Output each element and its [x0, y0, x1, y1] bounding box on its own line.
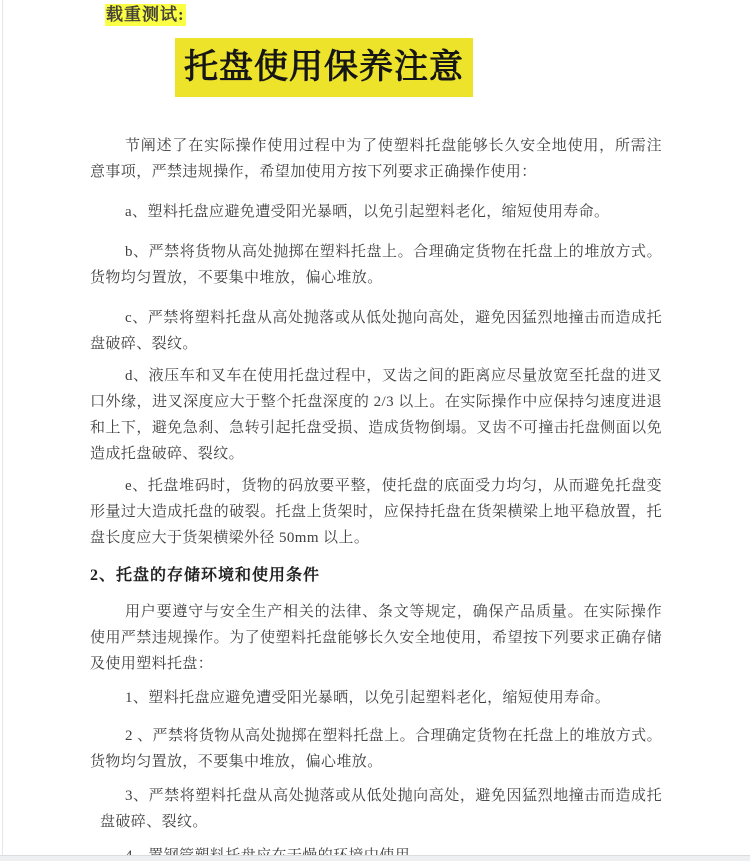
section2-item-3: 3、严禁将塑料托盘从高处抛落或从低处抛向高处，避免因猛烈地撞击而造成托盘破碎、裂… [90, 783, 662, 835]
section1-item-b: b、严禁将货物从高处抛掷在塑料托盘上。合理确定货物在托盘上的堆放方式。货物均匀置… [90, 239, 662, 291]
document-content: 载重测试: 托盘使用保养注意 节阐述了在实际操作使用过程中为了使塑料托盘能够长久… [90, 0, 662, 861]
title-row: 托盘使用保养注意 [90, 26, 662, 97]
page-left-border [2, 0, 3, 861]
horizontal-scrollbar-track[interactable] [0, 855, 750, 861]
section1-intro-paragraph: 节阐述了在实际操作使用过程中为了使塑料托盘能够长久安全地使用，所需注意事项，严禁… [90, 133, 662, 185]
section1-item-e: e、托盘堆码时，货物的码放要平整，使托盘的底面受力均匀，从而避免托盘变形量过大造… [90, 473, 662, 551]
document-page: 载重测试: 托盘使用保养注意 节阐述了在实际操作使用过程中为了使塑料托盘能够长久… [0, 0, 750, 861]
section2-item-1: 1、塑料托盘应避免遭受阳光暴晒，以免引起塑料老化，缩短使用寿命。 [90, 685, 662, 711]
section1-item-d: d、液压车和叉车在使用托盘过程中，叉齿之间的距离应尽量放宽至托盘的进叉口外缘，进… [90, 363, 662, 467]
load-test-highlighted-label: 载重测试: [105, 4, 186, 26]
section2-intro-paragraph: 用户要遵守与安全生产相关的法律、条文等规定，确保产品质量。在实际操作使用严禁违规… [90, 599, 662, 677]
section2-heading: 2、托盘的存储环境和使用条件 [90, 563, 662, 589]
section1-item-c: c、严禁将塑料托盘从高处抛落或从低处抛向高处，避免因猛烈地撞击而造成托盘破碎、裂… [90, 305, 662, 357]
section2-item-2: 2 、严禁将货物从高处抛掷在塑料托盘上。合理确定货物在托盘上的堆放方式。货物均匀… [90, 723, 662, 775]
document-title: 托盘使用保养注意 [175, 38, 473, 97]
section1-item-a: a、塑料托盘应避免遭受阳光暴晒，以免引起塑料老化，缩短使用寿命。 [90, 199, 662, 225]
